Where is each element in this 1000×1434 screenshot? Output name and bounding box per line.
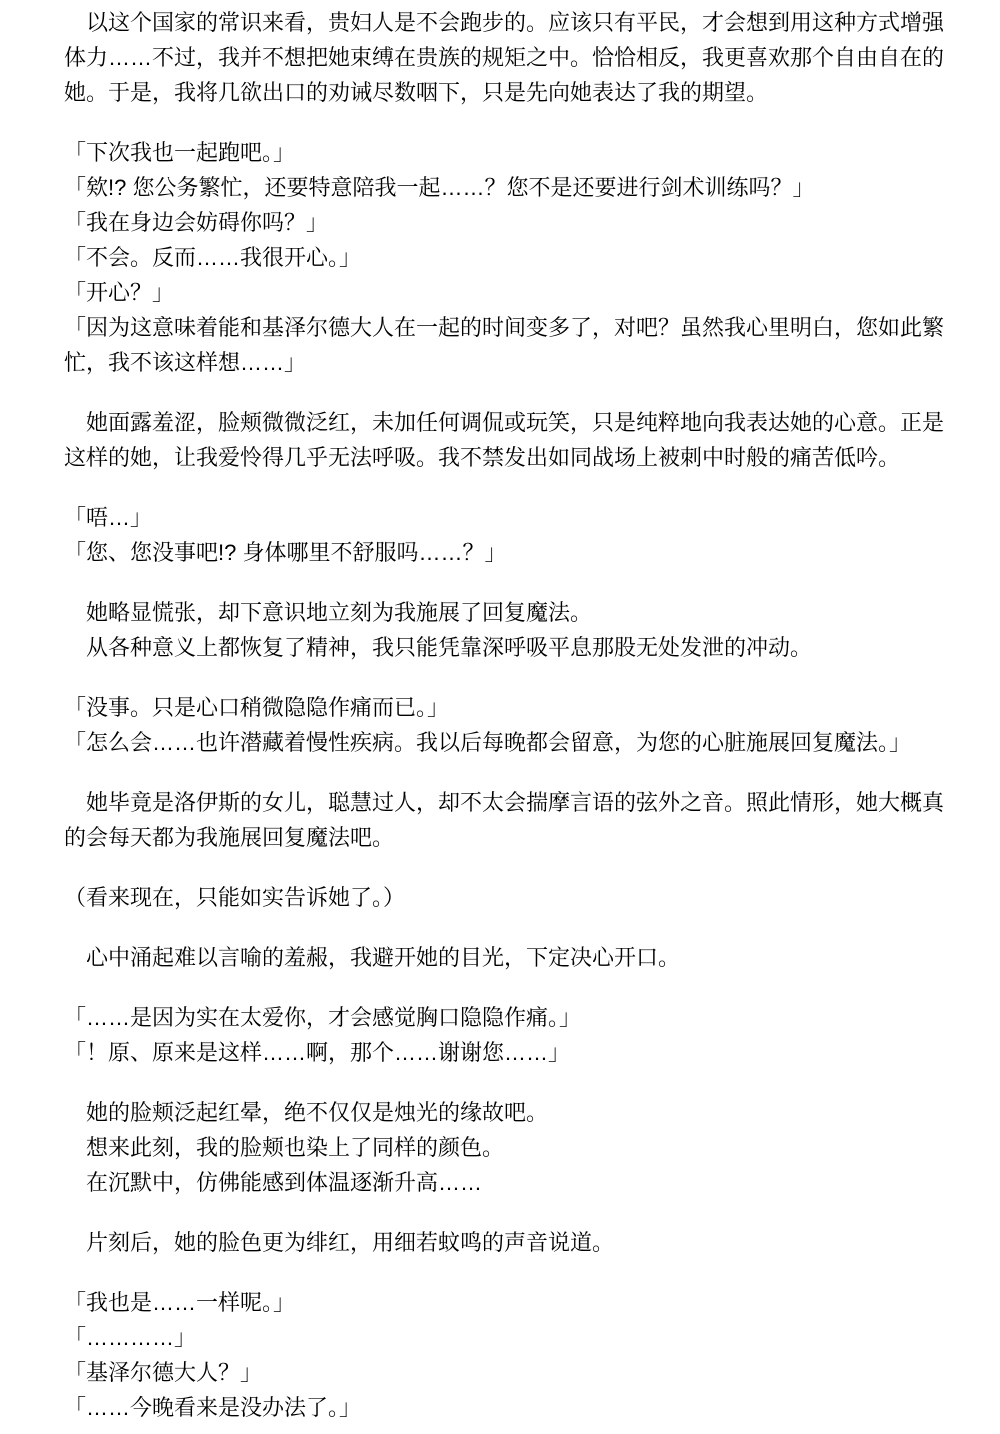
dialogue-line: 「基泽尔德大人？」 <box>64 1355 944 1390</box>
narration-line: 她毕竟是洛伊斯的女儿，聪慧过人，却不太会揣摩言语的弦外之音。照此情形，她大概真的… <box>64 785 944 855</box>
narration-line: 想来此刻，我的脸颊也染上了同样的颜色。 <box>64 1130 944 1165</box>
dialogue-line: 「我也是……一样呢。」 <box>64 1285 944 1320</box>
dialogue-line: 「不会。反而……我很开心。」 <box>64 240 944 275</box>
narration-line: （看来现在，只能如实告诉她了。） <box>64 880 944 915</box>
text-block: 她的脸颊泛起红晕，绝不仅仅是烛光的缘故吧。想来此刻，我的脸颊也染上了同样的颜色。… <box>64 1095 944 1200</box>
text-block: 心中涌起难以言喻的羞赧，我避开她的目光，下定决心开口。 <box>64 940 944 975</box>
novel-page: 以这个国家的常识来看，贵妇人是不会跑步的。应该只有平民，才会想到用这种方式增强体… <box>0 0 1000 1434</box>
text-block: 她毕竟是洛伊斯的女儿，聪慧过人，却不太会揣摩言语的弦外之音。照此情形，她大概真的… <box>64 785 944 855</box>
text-block: 片刻后，她的脸色更为绯红，用细若蚊鸣的声音说道。 <box>64 1225 944 1260</box>
text-block: 「……是因为实在太爱你，才会感觉胸口隐隐作痛。」「！原、原来是这样……啊，那个…… <box>64 1000 944 1070</box>
dialogue-line: 「……是因为实在太爱你，才会感觉胸口隐隐作痛。」 <box>64 1000 944 1035</box>
narration-line: 从各种意义上都恢复了精神，我只能凭靠深呼吸平息那股无处发泄的冲动。 <box>64 630 944 665</box>
text-block: （看来现在，只能如实告诉她了。） <box>64 880 944 915</box>
novel-text: 以这个国家的常识来看，贵妇人是不会跑步的。应该只有平民，才会想到用这种方式增强体… <box>64 5 944 1425</box>
dialogue-line: 「因为这意味着能和基泽尔德大人在一起的时间变多了，对吧？虽然我心里明白，您如此繁… <box>64 310 944 380</box>
text-block: 「唔…」「您、您没事吧!? 身体哪里不舒服吗……？」 <box>64 500 944 570</box>
text-block: 「没事。只是心口稍微隐隐作痛而已。」「怎么会……也许潜藏着慢性疾病。我以后每晚都… <box>64 690 944 760</box>
dialogue-line: 「您、您没事吧!? 身体哪里不舒服吗……？」 <box>64 535 944 570</box>
text-block: 「下次我也一起跑吧。」「欸!? 您公务繁忙，还要特意陪我一起……？您不是还要进行… <box>64 135 944 380</box>
dialogue-line: 「欸!? 您公务繁忙，还要特意陪我一起……？您不是还要进行剑术训练吗？」 <box>64 170 944 205</box>
narration-line: 她面露羞涩，脸颊微微泛红，未加任何调侃或玩笑，只是纯粹地向我表达她的心意。正是这… <box>64 405 944 475</box>
text-block: 她略显慌张，却下意识地立刻为我施展了回复魔法。从各种意义上都恢复了精神，我只能凭… <box>64 595 944 665</box>
dialogue-line: 「没事。只是心口稍微隐隐作痛而已。」 <box>64 690 944 725</box>
narration-line: 心中涌起难以言喻的羞赧，我避开她的目光，下定决心开口。 <box>64 940 944 975</box>
text-block: 她面露羞涩，脸颊微微泛红，未加任何调侃或玩笑，只是纯粹地向我表达她的心意。正是这… <box>64 405 944 475</box>
narration-line: 在沉默中，仿佛能感到体温逐渐升高…… <box>64 1165 944 1200</box>
narration-line: 片刻后，她的脸色更为绯红，用细若蚊鸣的声音说道。 <box>64 1225 944 1260</box>
narration-line: 她略显慌张，却下意识地立刻为我施展了回复魔法。 <box>64 595 944 630</box>
narration-line: 以这个国家的常识来看，贵妇人是不会跑步的。应该只有平民，才会想到用这种方式增强体… <box>64 5 944 110</box>
dialogue-line: 「怎么会……也许潜藏着慢性疾病。我以后每晚都会留意，为您的心脏施展回复魔法。」 <box>64 725 944 760</box>
dialogue-line: 「唔…」 <box>64 500 944 535</box>
narration-line: 她的脸颊泛起红晕，绝不仅仅是烛光的缘故吧。 <box>64 1095 944 1130</box>
text-block: 以这个国家的常识来看，贵妇人是不会跑步的。应该只有平民，才会想到用这种方式增强体… <box>64 5 944 110</box>
dialogue-line: 「我在身边会妨碍你吗？」 <box>64 205 944 240</box>
dialogue-line: 「！原、原来是这样……啊，那个……谢谢您……」 <box>64 1035 944 1070</box>
dialogue-line: 「……今晚看来是没办法了。」 <box>64 1390 944 1425</box>
dialogue-line: 「…………」 <box>64 1320 944 1355</box>
dialogue-line: 「下次我也一起跑吧。」 <box>64 135 944 170</box>
dialogue-line: 「开心？」 <box>64 275 944 310</box>
text-block: 「我也是……一样呢。」「…………」「基泽尔德大人？」「……今晚看来是没办法了。」 <box>64 1285 944 1425</box>
